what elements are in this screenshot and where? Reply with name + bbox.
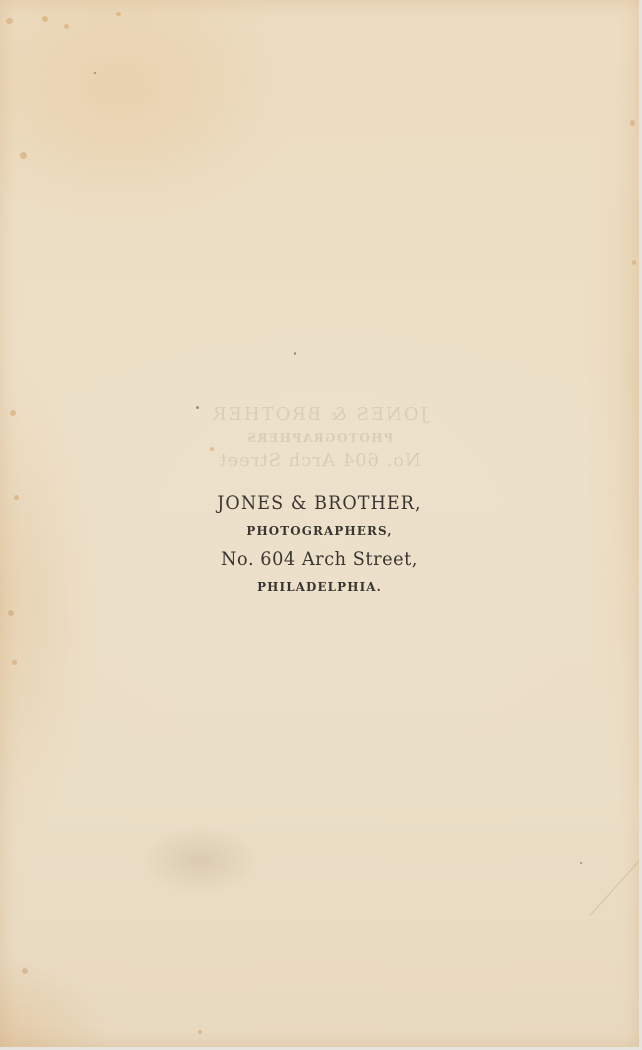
foxing-spot [6, 18, 13, 24]
city-name: PHILADELPHIA. [16, 576, 623, 598]
fingerprint-smudge [140, 825, 260, 895]
foxing-spot [198, 1030, 202, 1034]
foxing-spot [116, 12, 121, 16]
foxing-spot [20, 152, 27, 159]
studio-name: JONES & BROTHER, [26, 488, 614, 518]
dirt-speck [294, 352, 296, 355]
street-address: No. 604 Arch Street, [22, 544, 616, 574]
imprint-offset-ghost: JONES & BROTHER PHOTOGRAPHERS No. 604 Ar… [0, 402, 639, 474]
foxing-spot [12, 660, 17, 665]
trade-label: PHOTOGRAPHERS, [16, 520, 623, 542]
foxing-spot [8, 610, 14, 616]
foxing-spot [632, 260, 636, 265]
offset-line-3: No. 604 Arch Street [0, 448, 639, 474]
dirt-speck [580, 862, 582, 864]
offset-line-2: PHOTOGRAPHERS [0, 428, 639, 448]
offset-line-1: JONES & BROTHER [0, 402, 639, 428]
corner-crease [590, 848, 642, 916]
foxing-spot [42, 16, 48, 22]
card-back: JONES & BROTHER PHOTOGRAPHERS No. 604 Ar… [0, 0, 639, 1047]
foxing-spot [64, 24, 69, 29]
foxing-spot [630, 120, 635, 126]
photographer-imprint: JONES & BROTHER, PHOTOGRAPHERS, No. 604 … [0, 488, 639, 598]
dirt-speck [94, 72, 96, 74]
foxing-spot [22, 968, 28, 974]
